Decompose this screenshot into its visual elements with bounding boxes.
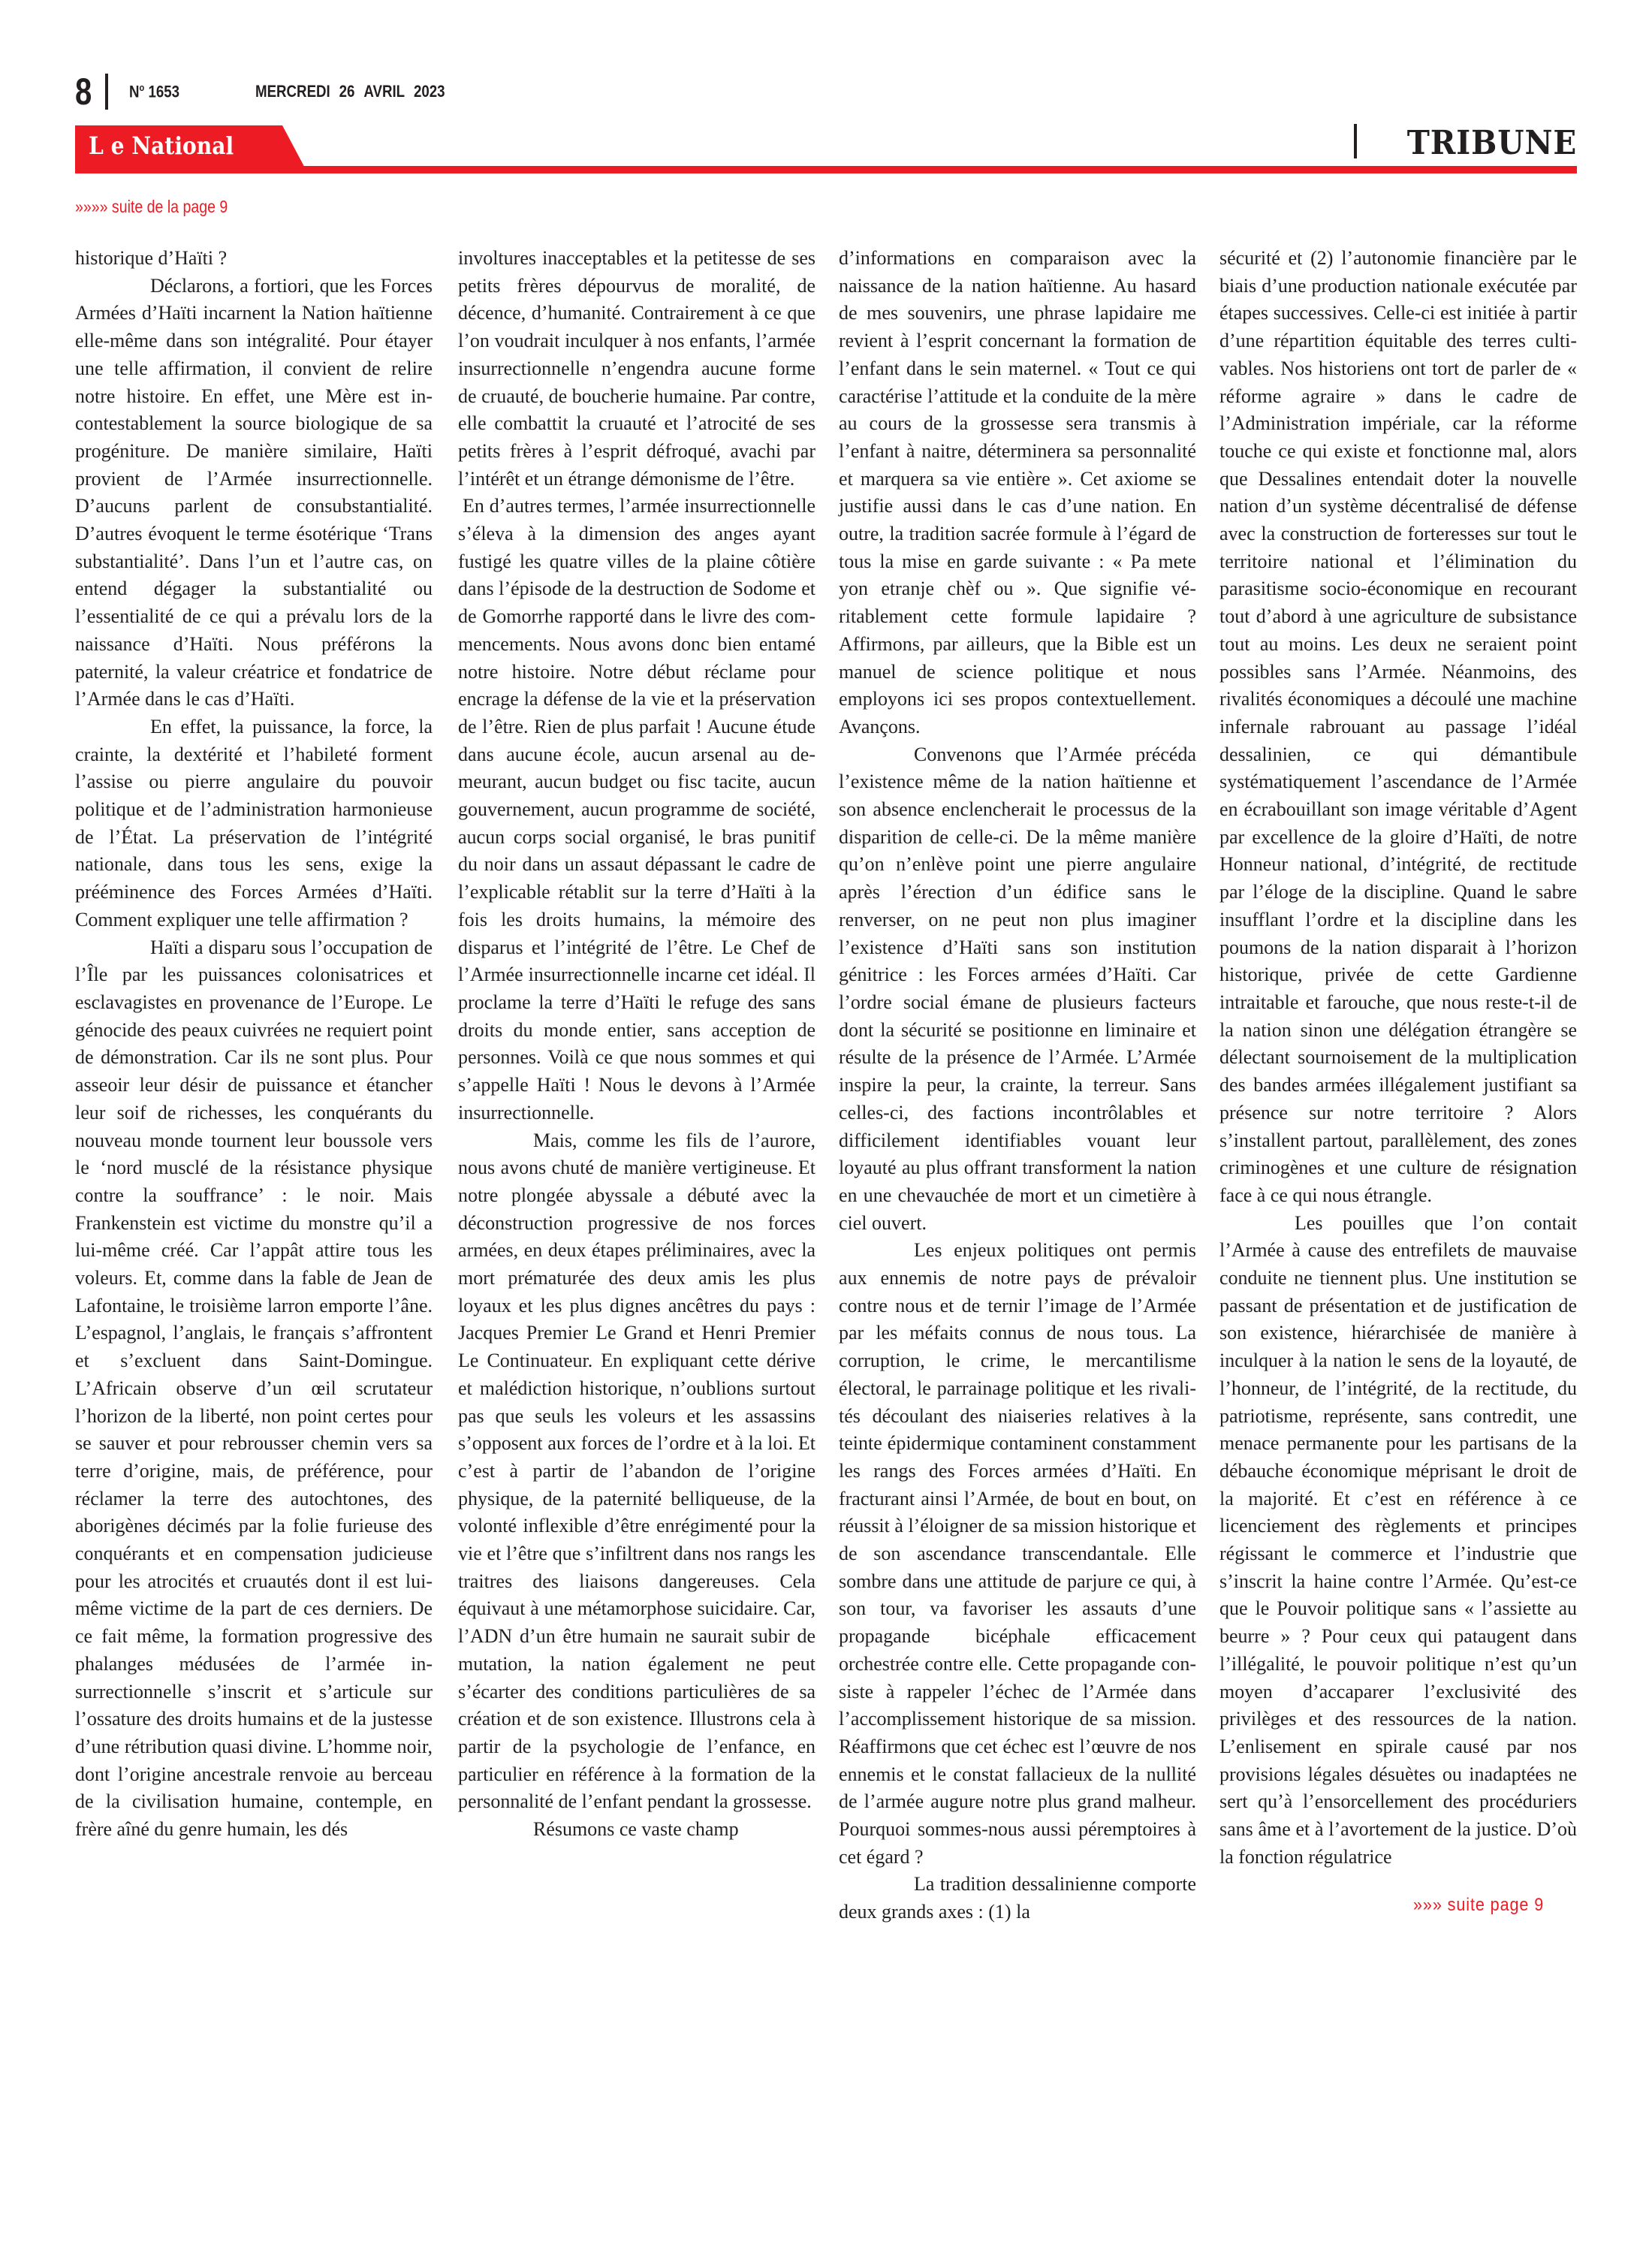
page-number: 8 — [75, 73, 93, 110]
publication-date: MERCREDI26AVRIL2023 — [255, 82, 454, 101]
issue-number: No 1653 — [129, 82, 179, 101]
continued-from-link[interactable]: »»»» suite de la page 9 — [75, 197, 228, 217]
paragraph: En d’autres termes, l’armée insurrec­tio… — [458, 493, 815, 1126]
folio-divider — [105, 74, 108, 110]
section-divider — [1354, 124, 1357, 158]
date-weekday: MERCREDI — [255, 82, 330, 101]
masthead: L e National TRIBUNE — [75, 124, 1577, 173]
paragraph: Les pouilles que l’on con­tait l’Armée à… — [1219, 1210, 1577, 1871]
paragraph: Déclarons, a fortiori, que les Forces Ar… — [75, 273, 433, 713]
article-column-1: historique d’Haïti ? Déclarons, a fortio… — [75, 245, 433, 1844]
article-body: historique d’Haïti ? Déclarons, a fortio… — [75, 245, 1577, 2092]
paragraph: Mais, comme les fils de l’aurore, nous a… — [458, 1127, 815, 1817]
paragraph: Convenons que l’Armée précéda l’existenc… — [839, 741, 1196, 1238]
newspaper-logo: L e National — [89, 131, 234, 160]
date-month: AVRIL — [363, 82, 405, 101]
date-year: 2023 — [414, 82, 445, 101]
folio-line: 8 No 1653 MERCREDI26AVRIL2023 — [75, 69, 188, 114]
paragraph: Les enjeux politiques ont permis aux enn… — [839, 1237, 1196, 1871]
article-column-4: sécurité et (2) l’autonomie financière p… — [1219, 245, 1577, 1871]
paragraph: d’informations en comparaison avec la na… — [839, 245, 1196, 741]
article-column-3: d’informations en comparaison avec la na… — [839, 245, 1196, 1926]
date-day: 26 — [339, 82, 355, 101]
paragraph: historique d’Haïti ? — [75, 245, 433, 273]
paragraph: En effet, la puissance, la force, la cra… — [75, 713, 433, 934]
section-title: TRIBUNE — [1406, 124, 1577, 162]
paragraph: Résumons ce vaste champ — [458, 1816, 815, 1844]
article-column-2: involtures inacceptables et la peti­tess… — [458, 245, 815, 1844]
paragraph: involtures inacceptables et la peti­tess… — [458, 245, 815, 493]
paragraph: La tradition dessalinienne comporte deux… — [839, 1871, 1196, 1926]
paragraph: Haïti a disparu sous l’occupation de l’Î… — [75, 934, 433, 1844]
paragraph: sécurité et (2) l’autonomie financière p… — [1219, 245, 1577, 1210]
continued-on-link[interactable]: »»» suite page 9 — [1413, 1895, 1544, 1916]
